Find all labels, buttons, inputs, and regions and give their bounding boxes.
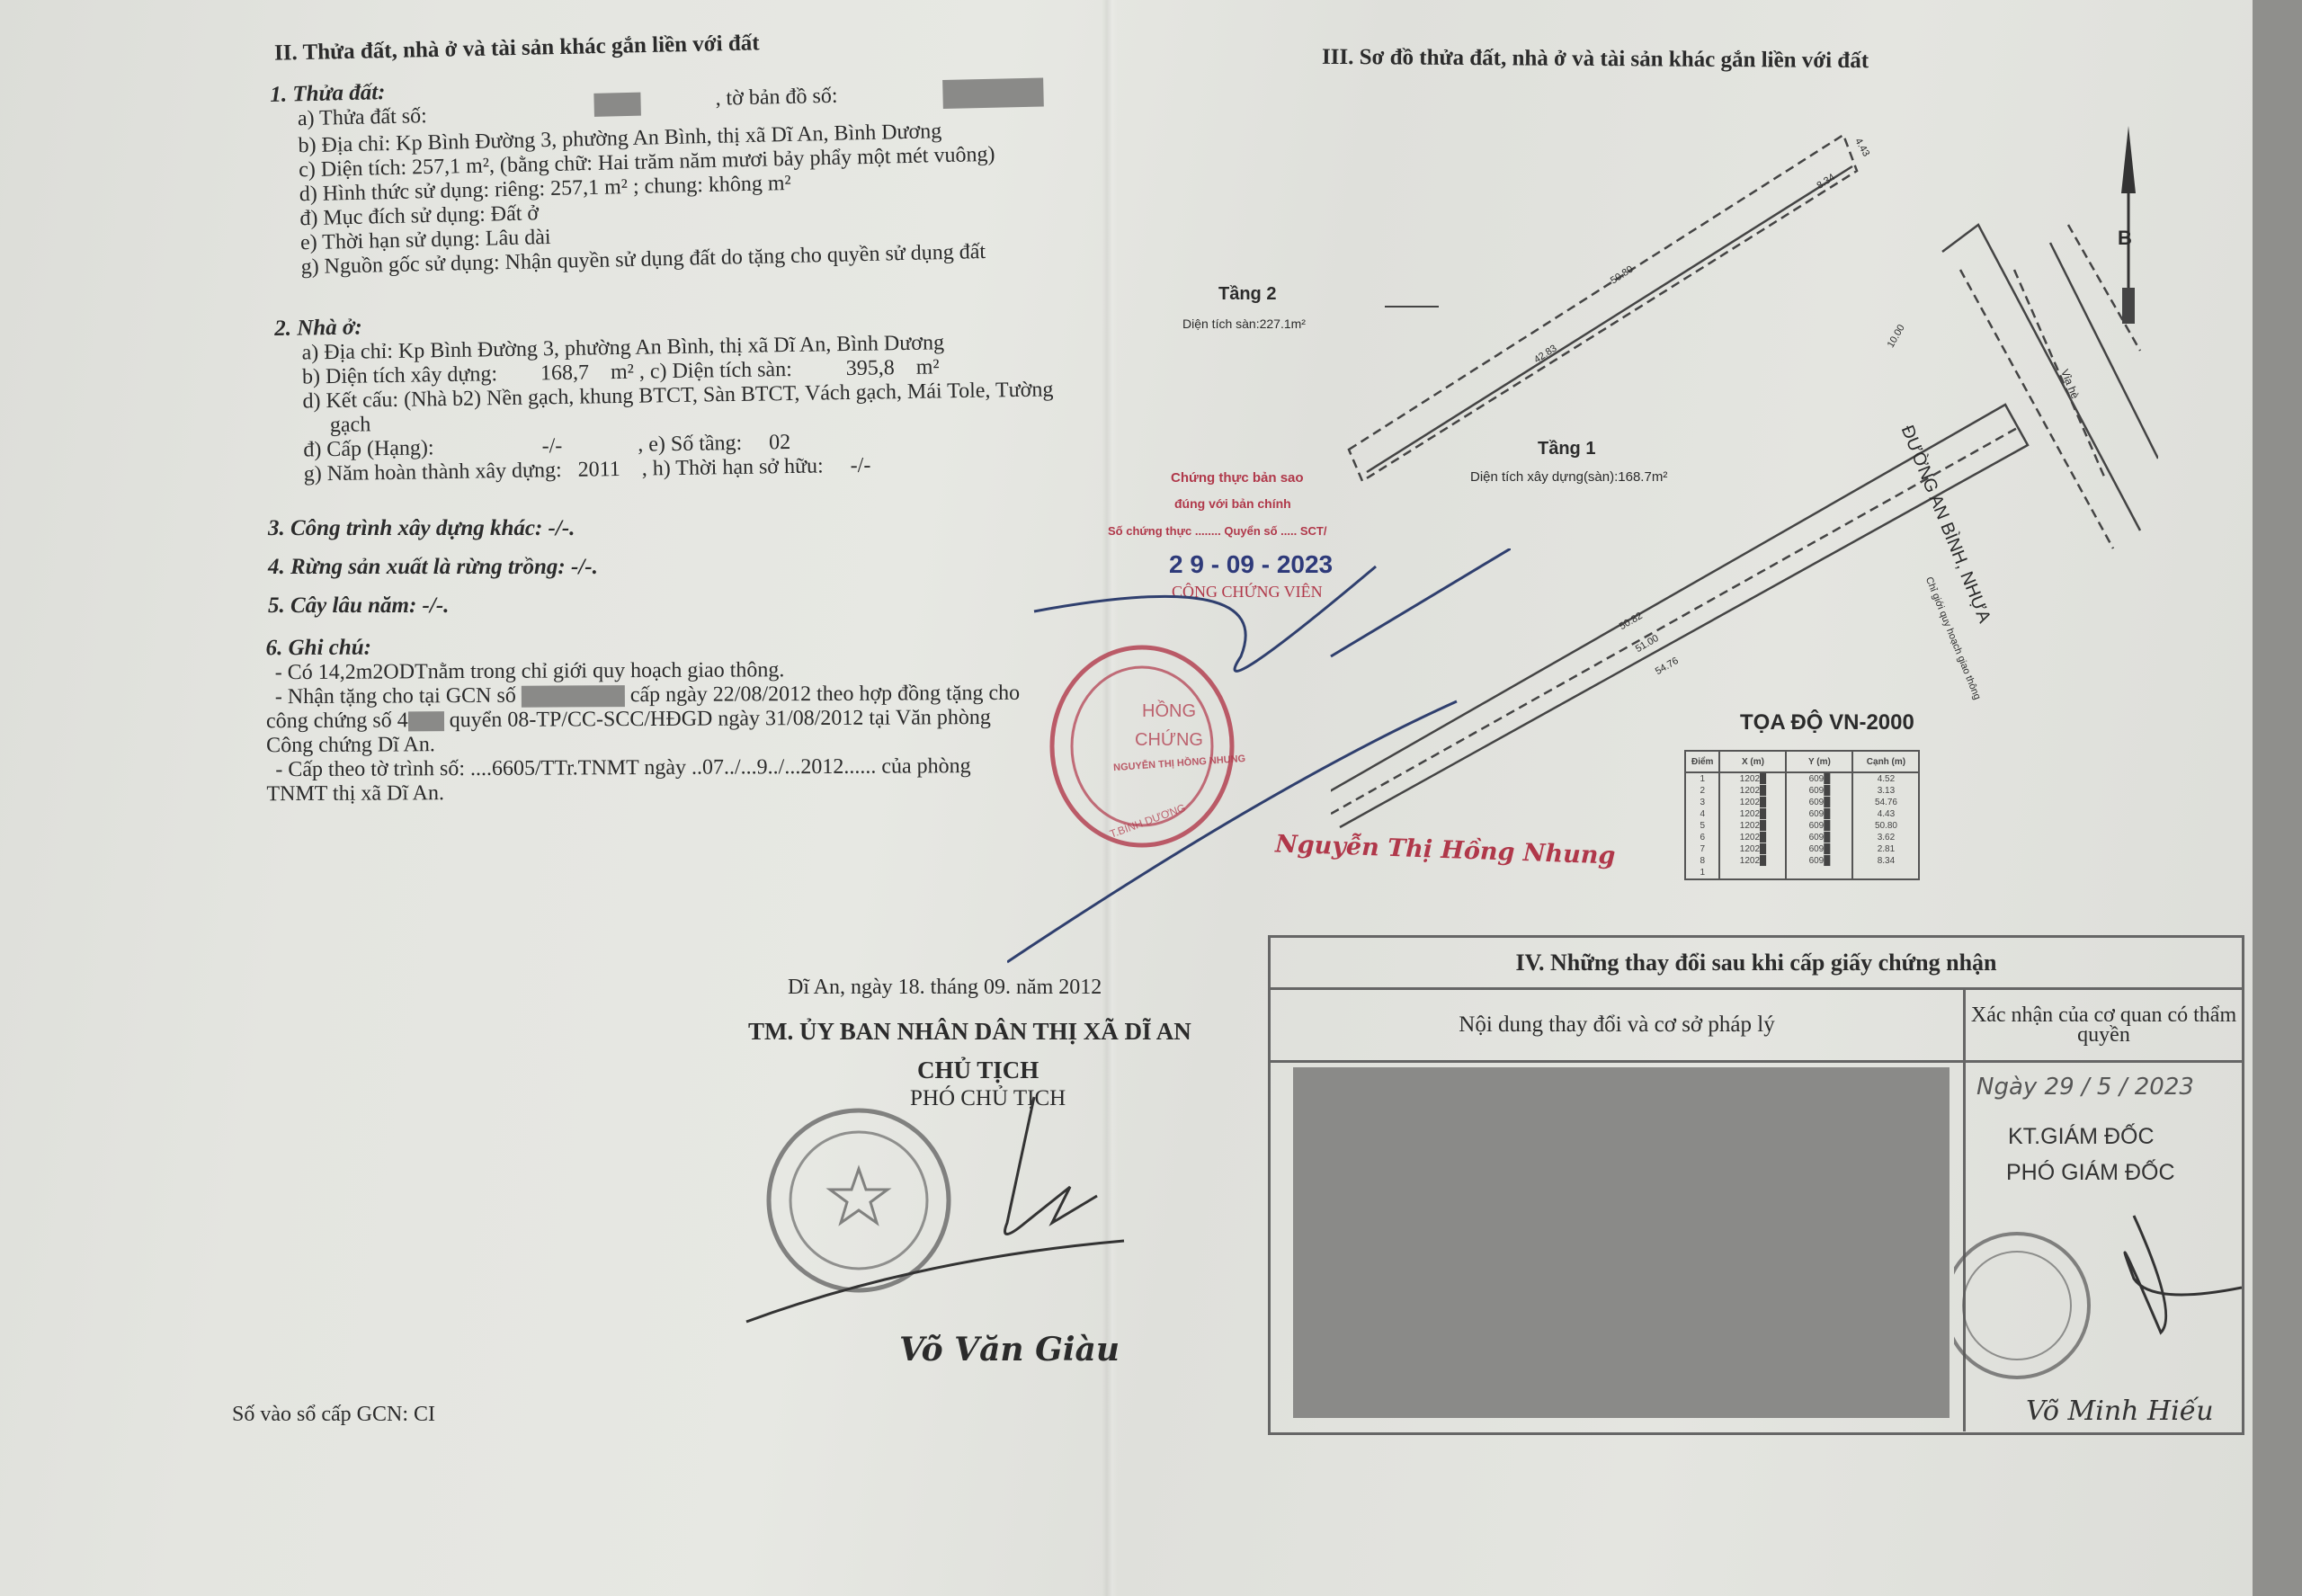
notary-cert-line-2: đúng với bản chính bbox=[1174, 496, 1291, 511]
y-cell bbox=[1786, 867, 1852, 879]
x-cell: 1202█ bbox=[1719, 797, 1786, 808]
x-cell: 1202█ bbox=[1719, 785, 1786, 797]
col-y: Y (m) bbox=[1786, 751, 1852, 772]
note-3: công chứng số 4 quyển 08-TP/CC-SCC/HĐGD … bbox=[266, 706, 1020, 734]
gcn-number-redacted bbox=[522, 686, 625, 709]
north-label: B bbox=[2118, 227, 2132, 250]
signing-date: Dĩ An, ngày 18. tháng 09. năm 2012 bbox=[788, 976, 1102, 1000]
change-handwritten-date: Ngày 29 / 5 / 2023 bbox=[1976, 1074, 2194, 1101]
note-6: TNMT thị xã Dĩ An. bbox=[266, 779, 1020, 807]
edge-cell: 4.43 bbox=[1852, 808, 1919, 820]
edge-cell: 3.62 bbox=[1852, 832, 1919, 843]
coordinate-row: 21202█609█3.13 bbox=[1685, 785, 1919, 797]
coordinate-row: 11202█609█4.52 bbox=[1685, 772, 1919, 785]
point-cell: 4 bbox=[1685, 808, 1719, 820]
y-cell: 609█ bbox=[1786, 843, 1852, 855]
land-office-seal-icon bbox=[1954, 1207, 2242, 1422]
y-cell: 609█ bbox=[1786, 772, 1852, 785]
changes-header-row: Nội dung thay đổi và cơ sở pháp lý Xác n… bbox=[1271, 990, 2242, 1063]
x-cell: 1202█ bbox=[1719, 820, 1786, 832]
chairman-signature-icon bbox=[737, 1088, 1133, 1340]
register-number: Số vào sổ cấp GCN: CI bbox=[232, 1403, 435, 1427]
floor-2-area: Diện tích sàn:227.1m² bbox=[1182, 317, 1306, 331]
change-signer-name: Võ Minh Hiếu bbox=[2026, 1395, 2214, 1427]
x-cell: 1202█ bbox=[1719, 772, 1786, 785]
floor-1-area: Diện tích xây dựng(sàn):168.7m² bbox=[1470, 469, 1667, 485]
point-cell: 1 bbox=[1685, 867, 1719, 879]
signing-role-chairman: CHỦ TỊCH bbox=[917, 1057, 1039, 1084]
coordinate-row: 31202█609█54.76 bbox=[1685, 797, 1919, 808]
coordinate-row: 81202█609█8.34 bbox=[1685, 855, 1919, 867]
edge-cell: 54.76 bbox=[1852, 797, 1919, 808]
coordinates-title: TỌA ĐỘ VN-2000 bbox=[1740, 710, 1914, 736]
point-cell: 1 bbox=[1685, 772, 1719, 785]
coordinate-row: 1 bbox=[1685, 867, 1919, 879]
note-2-start: - Nhận tặng cho tại GCN số bbox=[275, 684, 516, 709]
perennial-trees: 5. Cây lâu năm: -/-. bbox=[268, 593, 449, 619]
y-cell: 609█ bbox=[1786, 832, 1852, 843]
map-sheet-label: , tờ bản đồ số: bbox=[715, 85, 838, 111]
changes-body: Ngày 29 / 5 / 2023 KT.GIÁM ĐỐC PHÓ GIÁM … bbox=[1271, 1063, 2242, 1431]
certificate-page: II. Thửa đất, nhà ở và tài sản khác gắn … bbox=[0, 0, 2253, 1596]
edge-cell: 2.81 bbox=[1852, 843, 1919, 855]
notary-cert-line-3: Số chứng thực ........ Quyển số ..... SC… bbox=[1108, 524, 1326, 538]
section-3-title: III. Sơ đồ thửa đất, nhà ở và tài sản kh… bbox=[1322, 45, 1869, 74]
x-cell: 1202█ bbox=[1719, 843, 1786, 855]
y-cell: 609█ bbox=[1786, 797, 1852, 808]
y-cell: 609█ bbox=[1786, 808, 1852, 820]
x-cell: 1202█ bbox=[1719, 855, 1786, 867]
change-role-2: PHÓ GIÁM ĐỐC bbox=[2006, 1160, 2175, 1186]
production-forest: 4. Rừng sản xuất là rừng trồng: -/-. bbox=[268, 555, 598, 580]
coordinate-row: 61202█609█3.62 bbox=[1685, 832, 1919, 843]
x-cell: 1202█ bbox=[1719, 808, 1786, 820]
point-cell: 6 bbox=[1685, 832, 1719, 843]
edge-cell: 3.13 bbox=[1852, 785, 1919, 797]
y-cell: 609█ bbox=[1786, 855, 1852, 867]
notes-section: 6. Ghi chú: - Có 14,2m2ODTnằm trong chỉ … bbox=[266, 632, 1021, 807]
point-cell: 5 bbox=[1685, 820, 1719, 832]
floor-2-label: Tầng 2 bbox=[1218, 284, 1276, 305]
change-role-1: KT.GIÁM ĐỐC bbox=[2008, 1124, 2155, 1150]
direction-arrow-icon bbox=[1385, 306, 1439, 308]
changes-content-redacted bbox=[1293, 1067, 1950, 1418]
note-3-start: công chứng số 4 bbox=[266, 709, 408, 733]
map-sheet-redacted bbox=[942, 77, 1044, 109]
edge-cell: 50.80 bbox=[1852, 820, 1919, 832]
parcel-section: 1. Thửa đất: a) Thửa đất số: , tờ bản đồ… bbox=[270, 67, 997, 281]
parcel-number-label: a) Thửa đất số: bbox=[298, 104, 427, 130]
point-cell: 8 bbox=[1685, 855, 1719, 867]
changes-table: IV. Những thay đổi sau khi cấp giấy chứn… bbox=[1268, 935, 2244, 1435]
coordinate-row: 41202█609█4.43 bbox=[1685, 808, 1919, 820]
edge-cell bbox=[1852, 867, 1919, 879]
changes-col-confirmation: Xác nhận của cơ quan có thẩm quyền bbox=[1966, 990, 2242, 1060]
y-cell: 609█ bbox=[1786, 785, 1852, 797]
col-x: X (m) bbox=[1719, 751, 1786, 772]
notary-cert-line-1: Chứng thực bản sao bbox=[1171, 470, 1304, 486]
notes-heading: 6. Ghi chú: bbox=[266, 632, 1020, 661]
notary-number-redacted bbox=[408, 712, 444, 732]
edge-cell: 4.52 bbox=[1852, 772, 1919, 785]
coordinate-row: 51202█609█50.80 bbox=[1685, 820, 1919, 832]
point-cell: 2 bbox=[1685, 785, 1719, 797]
note-3-end: quyển 08-TP/CC-SCC/HĐGD ngày 31/08/2012 … bbox=[450, 706, 991, 732]
x-cell bbox=[1719, 867, 1786, 879]
section-2-title: II. Thửa đất, nhà ở và tài sản khác gắn … bbox=[274, 31, 760, 66]
parcel-number-redacted bbox=[593, 93, 641, 117]
house-section: 2. Nhà ở: a) Địa chỉ: Kp Bình Đường 3, p… bbox=[274, 304, 1055, 487]
note-5: - Cấp theo tờ trình số: ....6605/TTr.TNM… bbox=[266, 754, 1020, 782]
coordinate-row: 71202█609█2.81 bbox=[1685, 843, 1919, 855]
y-cell: 609█ bbox=[1786, 820, 1852, 832]
col-edge: Cạnh (m) bbox=[1852, 751, 1919, 772]
x-cell: 1202█ bbox=[1719, 832, 1786, 843]
point-cell: 3 bbox=[1685, 797, 1719, 808]
signing-organization: TM. ỦY BAN NHÂN DÂN THỊ XÃ DĨ AN bbox=[748, 1018, 1191, 1046]
floor-1-label: Tầng 1 bbox=[1538, 439, 1595, 459]
changes-col-content: Nội dung thay đổi và cơ sở pháp lý bbox=[1271, 990, 1966, 1060]
note-2-end: cấp ngày 22/08/2012 theo hợp đồng tặng c… bbox=[630, 682, 1020, 707]
col-point: Điểm bbox=[1685, 751, 1719, 772]
point-cell: 7 bbox=[1685, 843, 1719, 855]
other-constructions: 3. Công trình xây dựng khác: -/-. bbox=[268, 516, 575, 541]
chairman-name: Võ Văn Giàu bbox=[899, 1331, 1120, 1369]
changes-title: IV. Những thay đổi sau khi cấp giấy chứn… bbox=[1271, 938, 2242, 990]
edge-cell: 8.34 bbox=[1852, 855, 1919, 867]
notary-signature-icon bbox=[1007, 548, 1511, 971]
coordinates-table: Điểm X (m) Y (m) Cạnh (m) 11202█609█4.52… bbox=[1684, 750, 1920, 880]
